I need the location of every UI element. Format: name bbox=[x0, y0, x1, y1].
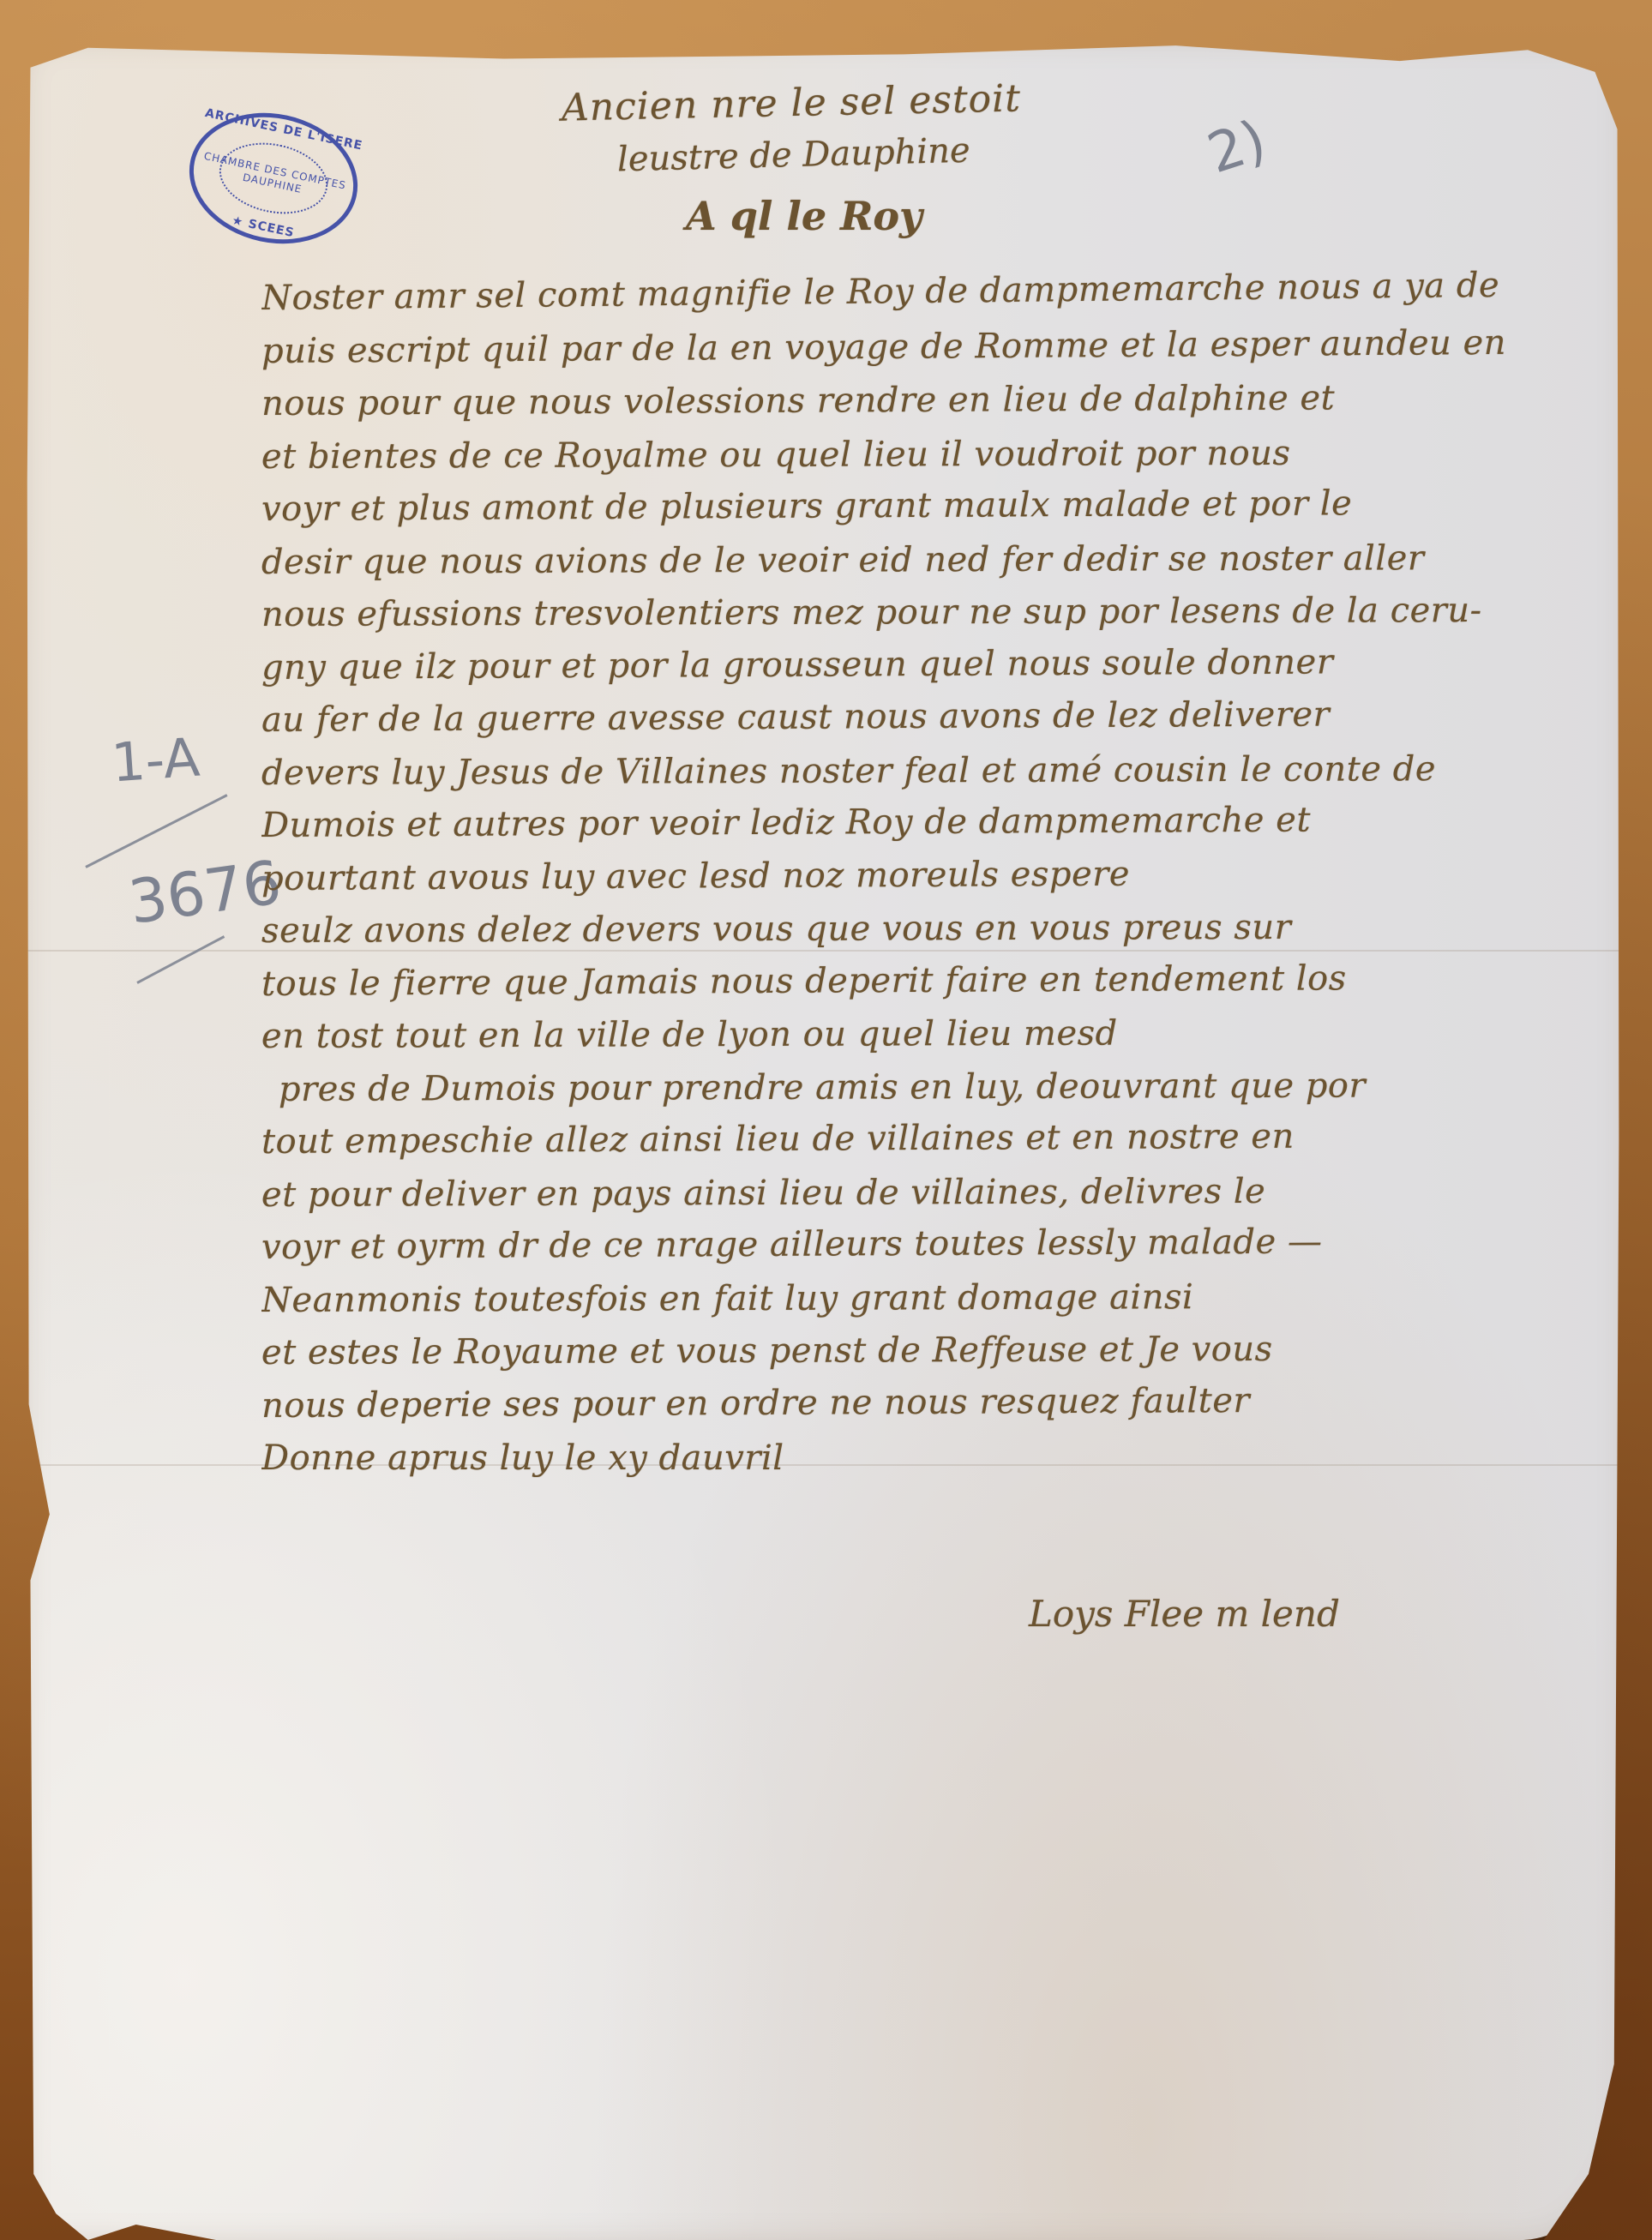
body-line-21: et estes le Royaume et vous penst de Ref… bbox=[261, 1323, 1573, 1380]
body-line-14: tous le fierre que Jamais nous deperit f… bbox=[261, 951, 1573, 1011]
body-line-20: Neanmonis toutesfois en fait luy grant d… bbox=[261, 1270, 1573, 1327]
address-line: A ql le Roy bbox=[686, 193, 922, 239]
body-line-6: desir que nous avions de le veoir eid ne… bbox=[261, 531, 1573, 589]
body-line-18: et pour deliver en pays ainsi lieu de vi… bbox=[261, 1164, 1573, 1222]
body-line-4: et bientes de ce Royalme ou quel lieu il… bbox=[261, 426, 1573, 483]
body-line-11: Dumois et autres por veoir lediz Roy de … bbox=[261, 793, 1573, 853]
shelfmark-top: 1-A bbox=[110, 726, 202, 795]
body-line-7: nous efussions tresvolentiers mez pour n… bbox=[261, 585, 1573, 642]
body-line-19: voyr et oyrm dr de ce nrage ailleurs tou… bbox=[261, 1215, 1573, 1275]
body-line-13: seulz avons delez devers vous que vous e… bbox=[261, 901, 1573, 958]
body-line-23: Donne aprus luy le xy dauvril bbox=[261, 1432, 1573, 1486]
signature: Loys Flee m lend bbox=[1029, 1593, 1340, 1635]
body-line-9: au fer de la guerre avesse caust nous av… bbox=[261, 688, 1573, 748]
body-line-10: devers luy Jesus de Villaines noster fea… bbox=[261, 742, 1573, 800]
body-line-3: nous pour que nous volessions rendre en … bbox=[261, 371, 1573, 431]
body-line-17: tout empeschie allez ainsi lieu de villa… bbox=[261, 1109, 1573, 1169]
body-line-22: nous deperie ses pour en ordre ne nous r… bbox=[261, 1372, 1573, 1432]
body-line-15: en tost tout en la ville de lyon ou quel… bbox=[261, 1006, 1573, 1064]
letter-body: Noster amr sel comt magnifie le Roy de d… bbox=[261, 273, 1573, 1486]
body-line-2: puis escript quil par de la en voyage de… bbox=[261, 316, 1573, 378]
body-line-12: pourtant avous luy avec lesd noz moreuls… bbox=[261, 845, 1573, 905]
body-line-5: voyr et plus amont de plusieurs grant ma… bbox=[261, 477, 1573, 537]
body-line-8: gny que ilz pour et por la grousseun que… bbox=[261, 634, 1573, 694]
body-line-16: pres de Dumois pour prendre amis en luy,… bbox=[261, 1059, 1573, 1116]
